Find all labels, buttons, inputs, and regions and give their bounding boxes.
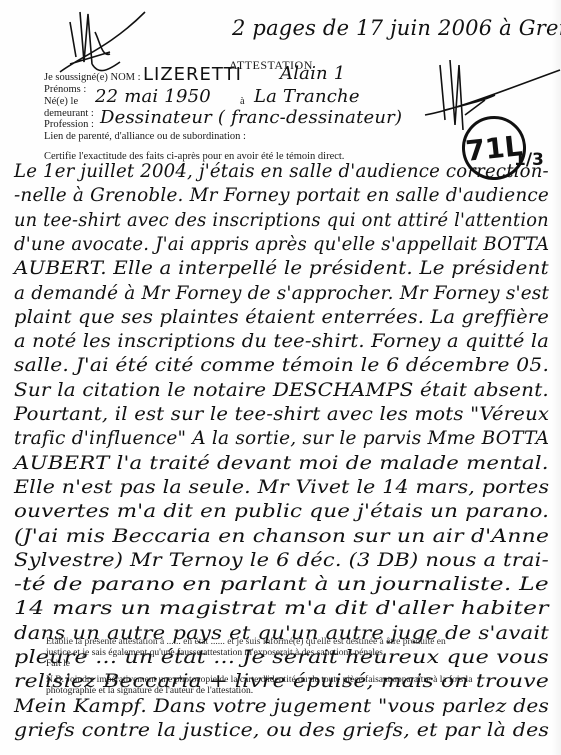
handwritten-line: ouvertes m'a dit en public que j'étais u…	[14, 500, 549, 522]
signature-top-left	[40, 2, 150, 80]
nom-label: Je soussigné(e) NOM :	[44, 72, 141, 83]
a-label: à	[240, 96, 245, 107]
prenoms-label: Prénoms :	[44, 84, 86, 95]
handwritten-line: trafic d'influence" A la sortie, sur le …	[14, 427, 549, 449]
footer-line-1: Etablie la présente attestation à ......…	[46, 637, 446, 647]
footer-line-2: justice et je sais également qu'une faus…	[46, 648, 385, 658]
nb-line-1: N.B. Joindre impérativement une photocop…	[46, 675, 472, 685]
handwritten-line: 14 mars un magistrat m'a dit d'aller hab…	[14, 597, 549, 619]
handwritten-line: AUBERT l'a traité devant moi de malade m…	[14, 452, 549, 474]
profession-label: Profession :	[44, 119, 94, 130]
header-note: 2 pages de 17 juin 2006 à Grenoble	[232, 16, 561, 40]
handwritten-line: Pourtant, il est sur le tee-shirt avec l…	[14, 403, 549, 425]
handwritten-line: plaint que ses plaintes étaient enterrée…	[14, 306, 549, 328]
nom-value: LIZERETTI	[143, 64, 242, 85]
profession-value: Dessinateur ( franc-dessinateur)	[100, 107, 402, 128]
handwritten-line: Mein Kampf. Dans votre jugement "vous pa…	[14, 695, 549, 717]
ne-value: 22 mai 1950	[95, 86, 211, 107]
handwritten-line: un tee-shirt avec des inscriptions qui o…	[14, 209, 549, 231]
demeurant-label: demeurant :	[44, 108, 94, 119]
handwritten-line: -nelle à Grenoble. Mr Forney portait en …	[14, 184, 549, 206]
handwritten-line: a demandé à Mr Forney de s'approcher. Mr…	[14, 282, 549, 304]
nb-line-2: photographie et la signature de l'auteur…	[46, 686, 253, 696]
handwritten-line: d'une avocate. J'ai appris après qu'elle…	[14, 233, 549, 255]
handwritten-line: salle. J'ai été cité comme témoin le 6 d…	[14, 354, 549, 376]
handwritten-line: Sur la citation le notaire DESCHAMPS éta…	[14, 379, 549, 401]
lieu-value: La Tranche	[254, 86, 360, 107]
lien-label: Lien de parenté, d'alliance ou de subord…	[44, 131, 246, 142]
footer-line-3: Fait le	[46, 659, 70, 669]
handwritten-line: griefs contre la justice, ou des griefs,…	[14, 719, 549, 741]
handwritten-line: (J'ai mis Beccaria en chanson sur un air…	[14, 525, 549, 547]
scanned-attestation-page: 2 pages de 17 juin 2006 à Grenoble ATTES…	[0, 0, 561, 755]
handwritten-line: Le 1er juillet 2004, j'étais en salle d'…	[14, 160, 549, 182]
handwritten-line: a noté les inscriptions du tee-shirt. Fo…	[14, 330, 549, 352]
handwritten-line: Sylvestre) Mr Ternoy le 6 déc. (3 DB) no…	[14, 549, 549, 571]
prenoms-value: Alain 1	[280, 63, 345, 84]
handwritten-line: -té de parano en parlant à un journalist…	[14, 573, 549, 595]
handwritten-line: AUBERT. Elle a interpellé le président. …	[14, 257, 549, 279]
handwritten-line: Elle n'est pas la seule. Mr Vivet le 14 …	[14, 476, 549, 498]
ne-label: Né(e) le	[44, 96, 78, 107]
